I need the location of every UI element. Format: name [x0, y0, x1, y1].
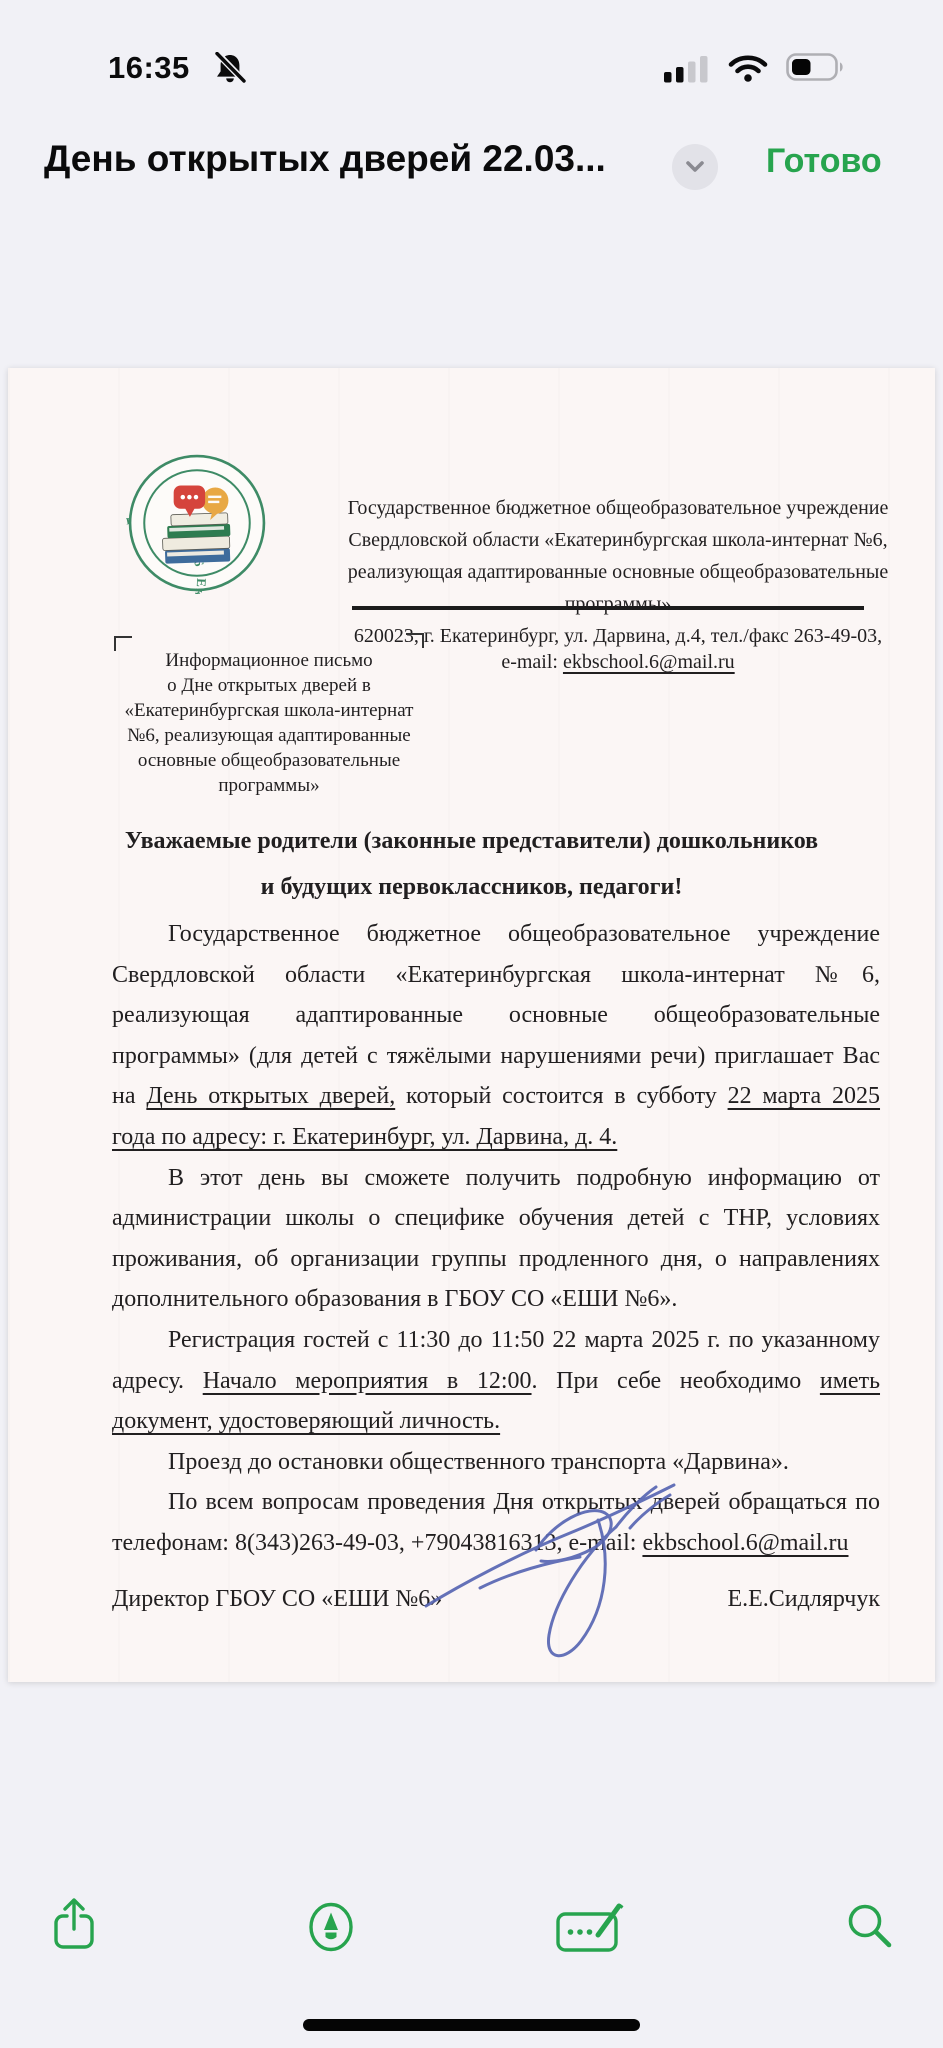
letterhead-rule	[352, 606, 864, 610]
done-button[interactable]: Готово	[766, 142, 882, 181]
crop-mark-right	[406, 633, 424, 648]
paragraph-invitation: Государственное бюджетное общеобразовате…	[112, 914, 880, 1158]
status-time: 16:35	[108, 50, 190, 86]
paragraph-registration: Регистрация гостей с 11:30 до 11:50 22 м…	[112, 1320, 880, 1442]
page-title: День открытых дверей 22.03...	[44, 138, 606, 180]
chevron-down-icon	[680, 151, 710, 184]
bell-slash-icon	[212, 52, 248, 91]
markup-pencil-icon	[304, 1942, 358, 1957]
cellular-signal-icon	[664, 55, 714, 88]
document-page[interactable]: № 6 Екатеринбургская школа-интернат	[8, 368, 935, 1682]
email-label: e-mail:	[501, 651, 563, 673]
handwritten-signature	[418, 1436, 698, 1685]
fill-and-sign-button[interactable]	[556, 1898, 634, 1957]
wifi-icon	[728, 54, 768, 88]
seal-ring-word-secondary: школа-интернат	[126, 512, 134, 594]
share-icon	[48, 1942, 100, 1957]
director-name: Е.Е.Сидлярчук	[727, 1586, 880, 1613]
school-seal-logo: № 6 Екатеринбургская школа-интернат	[126, 452, 268, 599]
salutation-line2: и будущих первоклассников, педагоги!	[68, 864, 875, 910]
paragraph-details: В этот день вы сможете получить подробну…	[112, 1158, 880, 1320]
battery-icon	[786, 53, 850, 86]
svg-text:школа-интернат: школа-интернат	[126, 512, 134, 594]
home-indicator[interactable]	[303, 2019, 640, 2031]
markup-button[interactable]	[304, 1900, 358, 1957]
salutation: Уважаемые родители (законные представите…	[68, 818, 875, 910]
salutation-line1: Уважаемые родители (законные представите…	[68, 818, 875, 864]
fill-and-sign-icon	[556, 1942, 634, 1957]
search-icon	[844, 1940, 896, 1955]
books-stack-art	[162, 513, 232, 564]
letterhead-email: ekbschool.6@mail.ru	[563, 651, 735, 673]
share-button[interactable]	[48, 1894, 100, 1957]
search-button[interactable]	[844, 1900, 896, 1955]
collapse-sheet-button[interactable]	[672, 144, 718, 190]
info-note: Информационное письмо о Дне открытых две…	[104, 648, 434, 798]
letterhead-org-name: Государственное бюджетное общеобразовате…	[344, 492, 892, 652]
director-role: Директор ГБОУ СО «ЕШИ №6»	[112, 1586, 442, 1613]
